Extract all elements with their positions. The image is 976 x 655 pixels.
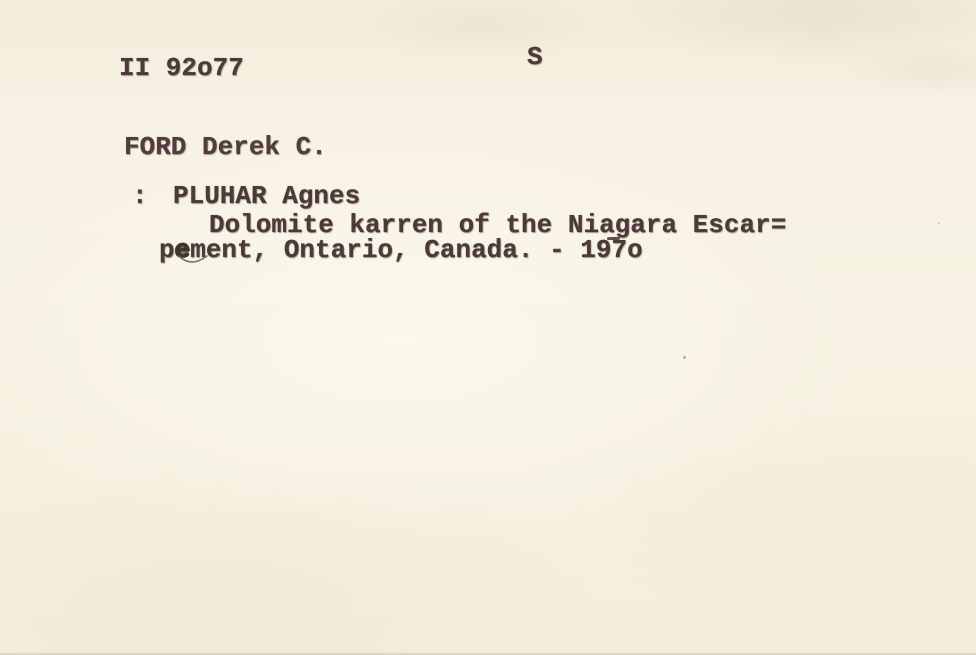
cross-reference-colon: : [132,183,148,209]
catalog-card: II 92o77 S FORD Derek C. : PLUHAR Agnes … [0,0,976,655]
paper-speck [938,222,940,224]
title-line-2-rest: ment, Ontario, Canada. - 197o [190,235,642,265]
paper-speck [683,356,686,359]
author-line: FORD Derek C. [124,134,327,160]
section-letter: S [527,44,543,70]
coauthor-line: PLUHAR Agnes [173,183,360,209]
title-line-2-prefix: p [159,235,175,265]
overstruck-letter: e [175,235,191,265]
call-number: II 92o77 [119,55,244,81]
overtype-bar [607,237,620,240]
title-line-2: pement, Ontario, Canada. - 197o [159,237,643,263]
